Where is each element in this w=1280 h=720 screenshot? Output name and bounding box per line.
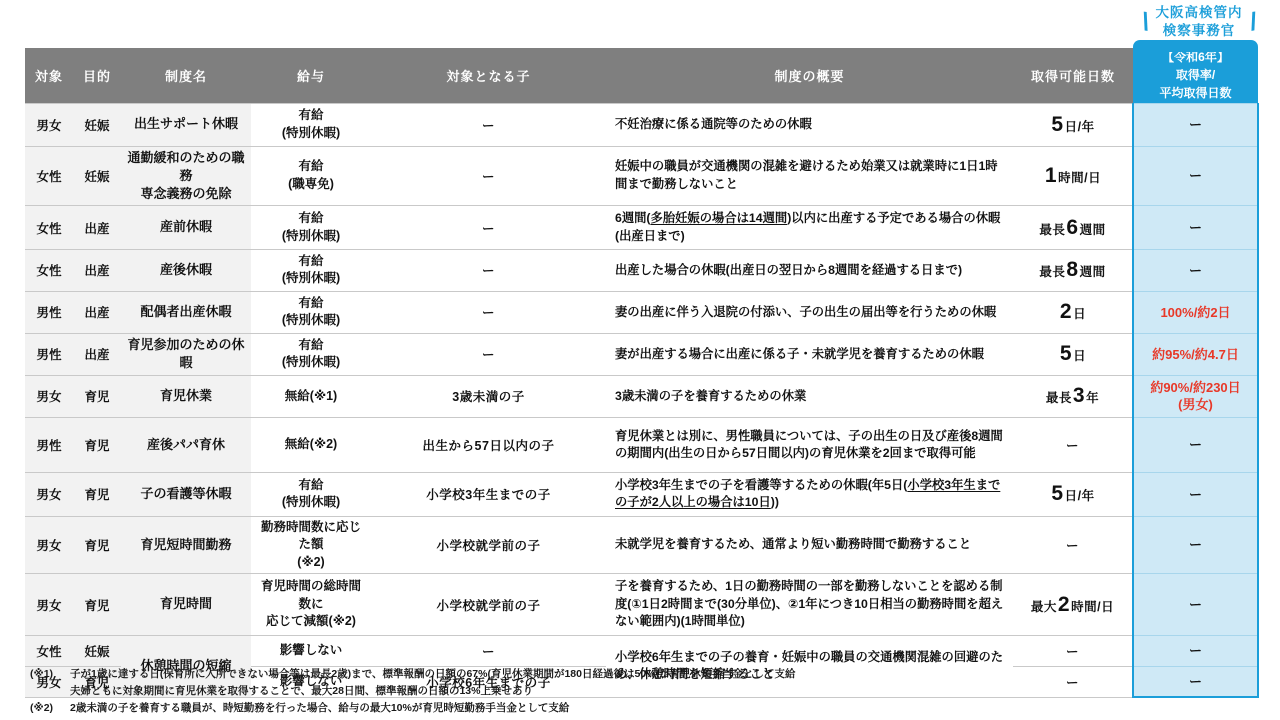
cell-rate: ー — [1133, 206, 1258, 250]
cell-target: 男女 — [25, 375, 73, 417]
cell-purpose: 妊娠 — [73, 635, 121, 666]
table-row: 男女妊娠出生サポート休暇有給 (特別休暇)ー不妊治療に係る通院等のための休暇5日… — [25, 103, 1258, 146]
cell-overview: 不妊治療に係る通院等のための休暇 — [606, 103, 1013, 146]
cell-purpose: 出産 — [73, 249, 121, 291]
cell-child: ー — [371, 249, 606, 291]
cell-name: 通勤緩和のための職務 専念義務の免除 — [121, 146, 251, 206]
cell-purpose: 出産 — [73, 291, 121, 333]
cell-rate: ー — [1133, 472, 1258, 516]
cell-child: ー — [371, 291, 606, 333]
cell-salary: 有給 (職専免) — [251, 146, 371, 206]
cell-child: 小学校就学前の子 — [371, 574, 606, 635]
cell-name: 産後パパ育休 — [121, 417, 251, 472]
cell-target: 女性 — [25, 249, 73, 291]
cell-child: ー — [371, 333, 606, 375]
cell-name: 出生サポート休暇 — [121, 103, 251, 146]
cell-target: 男女 — [25, 574, 73, 635]
cell-overview: 出産した場合の休暇(出産日の翌日から8週間を経過する日まで) — [606, 249, 1013, 291]
footnote-label: (※1) — [30, 666, 70, 700]
cell-rate: ー — [1133, 666, 1258, 697]
cell-purpose: 出産 — [73, 206, 121, 250]
col-header-target: 対象 — [25, 48, 73, 103]
cell-days: 最長3年 — [1013, 375, 1133, 417]
cell-name: 産前休暇 — [121, 206, 251, 250]
cell-overview: 妻が出産する場合に出産に係る子・未就学児を養育するための休暇 — [606, 333, 1013, 375]
cell-target: 女性 — [25, 146, 73, 206]
cell-target: 女性 — [25, 206, 73, 250]
leave-system-table: 対象 目的 制度名 給与 対象となる子 制度の概要 取得可能日数 【令和6年】 … — [25, 48, 1259, 698]
cell-target: 男性 — [25, 291, 73, 333]
cell-days: 5日 — [1013, 333, 1133, 375]
cell-days: 最大2時間/日 — [1013, 574, 1133, 635]
cell-purpose: 妊娠 — [73, 103, 121, 146]
cell-target: 男性 — [25, 333, 73, 375]
cell-days: ー — [1013, 635, 1133, 666]
cell-name: 育児時間 — [121, 574, 251, 635]
footnote-1: (※1) 子が1歳に達する日(保育所に入所できない場合等は最長2歳)まで、標準報… — [30, 666, 796, 700]
table-row: 女性妊娠休憩時間の短縮影響しないー小学校6年生までの子の養育・妊娠中の職員の交通… — [25, 635, 1258, 666]
footnote-line: 夫婦ともに対象期間に育児休業を取得することで、最大28日間、標準報酬の日額の13… — [70, 683, 796, 700]
cell-child: 小学校3年生までの子 — [371, 472, 606, 516]
col-header-overview: 制度の概要 — [606, 48, 1013, 103]
badge-left-slash-icon: \ — [1140, 9, 1150, 35]
cell-name: 産後休暇 — [121, 249, 251, 291]
cell-days: 1時間/日 — [1013, 146, 1133, 206]
table-row: 女性出産産後休暇有給 (特別休暇)ー出産した場合の休暇(出産日の翌日から8週間を… — [25, 249, 1258, 291]
cell-overview: 子を養育するため、1日の勤務時間の一部を勤務しないことを認める制度(①1日2時間… — [606, 574, 1013, 635]
cell-overview: 妊娠中の職員が交通機関の混雑を避けるため始業又は就業時に1日1時間まで勤務しない… — [606, 146, 1013, 206]
cell-name: 育児休業 — [121, 375, 251, 417]
cell-days: ー — [1013, 666, 1133, 697]
cell-rate: ー — [1133, 146, 1258, 206]
cell-child: ー — [371, 146, 606, 206]
footnote-line: 2歳未満の子を養育する職員が、時短勤務を行った場合、給与の最大10%が育児時短勤… — [70, 700, 796, 717]
cell-purpose: 育児 — [73, 472, 121, 516]
cell-salary: 有給 (特別休暇) — [251, 472, 371, 516]
footnote-2: (※2) 2歳未満の子を養育する職員が、時短勤務を行った場合、給与の最大10%が… — [30, 700, 796, 717]
cell-rate: 100%/約2日 — [1133, 291, 1258, 333]
badge-line1: 大阪高検管内 — [1156, 4, 1243, 22]
cell-salary: 育児時間の総時間数に 応じて減額(※2) — [251, 574, 371, 635]
cell-target: 女性 — [25, 635, 73, 666]
cell-target: 男性 — [25, 417, 73, 472]
footnote-line: 子が1歳に達する日(保育所に入所できない場合等は最長2歳)まで、標準報酬の日額の… — [70, 666, 796, 683]
cell-child: 3歳未満の子 — [371, 375, 606, 417]
table-body: 男女妊娠出生サポート休暇有給 (特別休暇)ー不妊治療に係る通院等のための休暇5日… — [25, 103, 1258, 697]
table-row: 男性出産配偶者出産休暇有給 (特別休暇)ー妻の出産に伴う入退院の付添い、子の出生… — [25, 291, 1258, 333]
cell-target: 男女 — [25, 472, 73, 516]
col-header-system-name: 制度名 — [121, 48, 251, 103]
cell-overview: 育児休業とは別に、男性職員については、子の出生の日及び産後8週間の期間内(出生の… — [606, 417, 1013, 472]
cell-purpose: 妊娠 — [73, 146, 121, 206]
cell-name: 子の看護等休暇 — [121, 472, 251, 516]
cell-target: 男女 — [25, 516, 73, 574]
cell-rate: 約90%/約230日 (男女) — [1133, 375, 1258, 417]
table-row: 男性育児産後パパ育休無給(※2)出生から57日以内の子育児休業とは別に、男性職員… — [25, 417, 1258, 472]
cell-salary: 無給(※2) — [251, 417, 371, 472]
cell-salary: 無給(※1) — [251, 375, 371, 417]
cell-overview: 未就学児を養育するため、通常より短い勤務時間で勤務すること — [606, 516, 1013, 574]
cell-child: ー — [371, 206, 606, 250]
table-row: 男女育児育児時間育児時間の総時間数に 応じて減額(※2)小学校就学前の子子を養育… — [25, 574, 1258, 635]
office-badge: \ 大阪高検管内 検察事務官 / — [1126, 4, 1272, 40]
cell-salary: 有給 (特別休暇) — [251, 206, 371, 250]
cell-overview: 6週間(多胎妊娠の場合は14週間)以内に出産する予定である場合の休暇(出産日まで… — [606, 206, 1013, 250]
cell-overview: 3歳未満の子を養育するための休業 — [606, 375, 1013, 417]
cell-rate: ー — [1133, 103, 1258, 146]
table-row: 男性出産育児参加のための休暇有給 (特別休暇)ー妻が出産する場合に出産に係る子・… — [25, 333, 1258, 375]
cell-rate: ー — [1133, 516, 1258, 574]
table-row: 男女育児子の看護等休暇有給 (特別休暇)小学校3年生までの子小学校3年生までの子… — [25, 472, 1258, 516]
badge-line2: 検察事務官 — [1156, 22, 1243, 40]
col-header-rate-reiwa6: 【令和6年】 取得率/ 平均取得日数 — [1133, 48, 1258, 103]
cell-name: 配偶者出産休暇 — [121, 291, 251, 333]
badge-right-slash-icon: / — [1248, 9, 1258, 35]
cell-child: ー — [371, 635, 606, 666]
cell-salary: 有給 (特別休暇) — [251, 333, 371, 375]
col-header-eligible-child: 対象となる子 — [371, 48, 606, 103]
cell-purpose: 育児 — [73, 574, 121, 635]
cell-rate: ー — [1133, 417, 1258, 472]
cell-child: ー — [371, 103, 606, 146]
cell-child: 小学校就学前の子 — [371, 516, 606, 574]
table-row: 女性妊娠通勤緩和のための職務 専念義務の免除有給 (職専免)ー妊娠中の職員が交通… — [25, 146, 1258, 206]
footnotes: (※1) 子が1歳に達する日(保育所に入所できない場合等は最長2歳)まで、標準報… — [30, 666, 796, 716]
col-header-purpose: 目的 — [73, 48, 121, 103]
table-header-row: 対象 目的 制度名 給与 対象となる子 制度の概要 取得可能日数 【令和6年】 … — [25, 48, 1258, 103]
cell-purpose: 育児 — [73, 375, 121, 417]
badge-text: 大阪高検管内 検察事務官 — [1156, 4, 1243, 40]
leave-systems-poster: \ 大阪高検管内 検察事務官 / 対象 目的 制度名 給与 対象となる子 制度の… — [0, 0, 1280, 720]
cell-days: 2日 — [1013, 291, 1133, 333]
cell-salary: 影響しない — [251, 635, 371, 666]
cell-salary: 勤務時間数に応じた額 (※2) — [251, 516, 371, 574]
cell-name: 育児参加のための休暇 — [121, 333, 251, 375]
cell-days: 5日/年 — [1013, 472, 1133, 516]
col-header-available-days: 取得可能日数 — [1013, 48, 1133, 103]
cell-days: ー — [1013, 417, 1133, 472]
cell-rate: 約95%/約4.7日 — [1133, 333, 1258, 375]
cell-purpose: 育児 — [73, 417, 121, 472]
cell-purpose: 出産 — [73, 333, 121, 375]
cell-salary: 有給 (特別休暇) — [251, 249, 371, 291]
cell-days: 5日/年 — [1013, 103, 1133, 146]
cell-purpose: 育児 — [73, 516, 121, 574]
cell-salary: 有給 (特別休暇) — [251, 291, 371, 333]
cell-days: 最長6週間 — [1013, 206, 1133, 250]
cell-child: 出生から57日以内の子 — [371, 417, 606, 472]
cell-days: ー — [1013, 516, 1133, 574]
col-header-salary: 給与 — [251, 48, 371, 103]
table-row: 男女育児育児休業無給(※1)3歳未満の子3歳未満の子を養育するための休業最長3年… — [25, 375, 1258, 417]
table-row: 男女育児育児短時間勤務勤務時間数に応じた額 (※2)小学校就学前の子未就学児を養… — [25, 516, 1258, 574]
cell-rate: ー — [1133, 249, 1258, 291]
cell-overview: 小学校3年生までの子を看護等するための休暇(年5日(小学校3年生までの子が2人以… — [606, 472, 1013, 516]
cell-salary: 有給 (特別休暇) — [251, 103, 371, 146]
cell-days: 最長8週間 — [1013, 249, 1133, 291]
cell-rate: ー — [1133, 635, 1258, 666]
cell-rate: ー — [1133, 574, 1258, 635]
cell-name: 育児短時間勤務 — [121, 516, 251, 574]
table-row: 女性出産産前休暇有給 (特別休暇)ー6週間(多胎妊娠の場合は14週間)以内に出産… — [25, 206, 1258, 250]
cell-overview: 妻の出産に伴う入退院の付添い、子の出生の届出等を行うための休暇 — [606, 291, 1013, 333]
cell-target: 男女 — [25, 103, 73, 146]
footnote-label: (※2) — [30, 700, 70, 717]
